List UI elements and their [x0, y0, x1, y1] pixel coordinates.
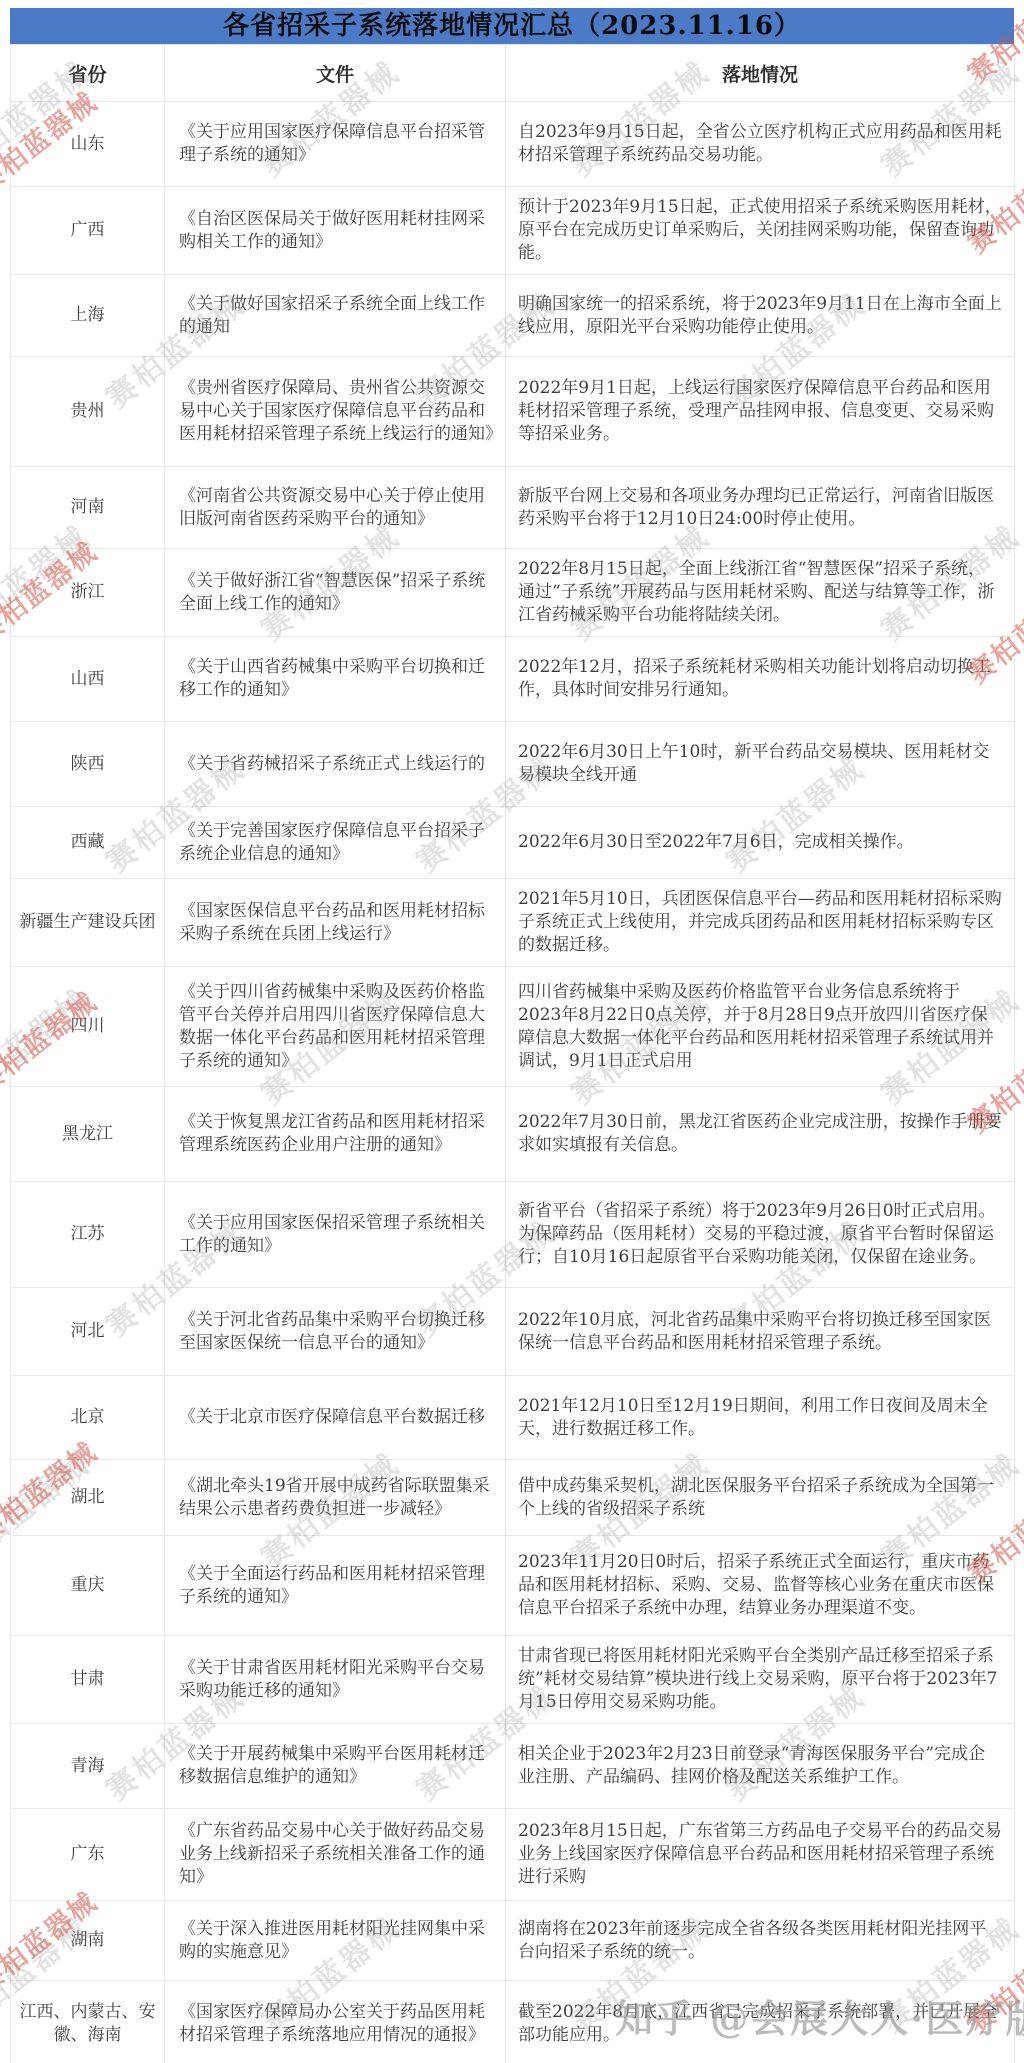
province-cell-text: 重庆 [13, 1574, 162, 1597]
province-cell-text: 广东 [13, 1843, 162, 1866]
status-cell: 2022年6月30日至2022年7月6日，完成相关操作。 [506, 807, 1015, 879]
status-cell-text: 2023年8月15日起，广东省第三方药品电子交易平台的药品交易业务上线国家医疗保… [518, 1820, 1002, 1889]
table-row: 江西、内蒙古、安徽、海南《国家医疗保障局办公室关于药品医用耗材招采管理子系统落地… [11, 1981, 1015, 2063]
document-cell-text: 《河南省公共资源交易中心关于停止使用旧版河南省医药采购平台的通知》 [179, 485, 497, 531]
document-cell-text: 《广东省药品交易中心关于做好药品交易业务上线新招采子系统相关准备工作的通知》 [179, 1820, 497, 1889]
province-cell-text: 广西 [13, 219, 162, 242]
table-row: 西藏《关于完善国家医疗保障信息平台招采子系统企业信息的通知》2022年6月30日… [11, 807, 1015, 879]
table-row: 广西《自治区医保局关于做好医用耗材挂网采购相关工作的通知》预计于2023年9月1… [11, 187, 1015, 275]
document-cell: 《关于河北省药品集中采购平台切换迁移至国家医保统一信息平台的通知》 [165, 1288, 506, 1376]
table-row: 陕西《关于省药械招采子系统正式上线运行的2022年6月30日上午10时，新平台药… [11, 722, 1015, 807]
province-cell-text: 湖北 [13, 1486, 162, 1509]
table-row: 山东《关于应用国家医疗保障信息平台招采管理子系统的通知》自2023年9月15日起… [11, 102, 1015, 187]
document-cell-text: 《湖北牵头19省开展中成药省际联盟集采结果公示患者药费负担进一步减轻》 [179, 1475, 497, 1521]
status-cell-text: 2022年8月15日起，全面上线浙江省“智慧医保”招采子系统，通过“子系统”开展… [518, 558, 1002, 627]
status-cell-text: 2022年10月底，河北省药品集中采购平台将切换迁移至国家医保统一信息平台药品和… [518, 1309, 1002, 1355]
document-cell-text: 《关于做好浙江省“智慧医保”招采子系统全面上线工作的通知》 [179, 570, 497, 616]
table-row: 甘肃《关于甘肃省医用耗材阳光采购平台交易采购功能迁移的通知》甘肃省现已将医用耗材… [11, 1636, 1015, 1724]
province-cell: 江苏 [11, 1182, 165, 1288]
status-cell-text: 2021年12月10日至12月19日期间，利用工作日夜间及周末全天，进行数据迁移… [518, 1395, 1002, 1441]
province-cell: 上海 [11, 275, 165, 357]
province-cell: 广东 [11, 1809, 165, 1901]
document-cell: 《国家医疗保障局办公室关于药品医用耗材招采管理子系统落地应用情况的通报》 [165, 1981, 506, 2063]
status-cell-text: 预计于2023年9月15日起，正式使用招采子系统采购医用耗材，原平台在完成历史订… [518, 196, 1002, 265]
province-cell-text: 江苏 [13, 1223, 162, 1246]
page-title: 各省招采子系统落地情况汇总（2023.11.16） [10, 8, 1014, 44]
table-row: 河南《河南省公共资源交易中心关于停止使用旧版河南省医药采购平台的通知》新版平台网… [11, 467, 1015, 549]
province-cell: 新疆生产建设兵团 [11, 879, 165, 967]
document-cell-text: 《关于完善国家医疗保障信息平台招采子系统企业信息的通知》 [179, 820, 497, 866]
province-cell-text: 山西 [13, 668, 162, 691]
status-cell: 相关企业于2023年2月23日前登录“青海医保服务平台”完成企业注册、产品编码、… [506, 1724, 1015, 1809]
province-cell-text: 河南 [13, 496, 162, 519]
document-cell-text: 《关于应用国家医疗保障信息平台招采管理子系统的通知》 [179, 121, 497, 167]
status-cell-text: 甘肃省现已将医用耗材阳光采购平台全类别产品迁移至招采子系统”耗材交易结算”模块进… [518, 1645, 1002, 1714]
status-cell: 2022年9月1日起，上线运行国家医疗保障信息平台药品和医用耗材招采管理子系统，… [506, 357, 1015, 467]
province-cell-text: 贵州 [13, 400, 162, 423]
status-cell: 明确国家统一的招采系统，将于2023年9月11日在上海市全面上线应用，原阳光平台… [506, 275, 1015, 357]
province-cell-text: 黑龙江 [13, 1123, 162, 1146]
province-cell: 山西 [11, 637, 165, 722]
province-cell: 湖北 [11, 1460, 165, 1536]
table-row: 贵州《贵州省医疗保障局、贵州省公共资源交易中心关于国家医疗保障信息平台药品和医用… [11, 357, 1015, 467]
document-cell-text: 《关于河北省药品集中采购平台切换迁移至国家医保统一信息平台的通知》 [179, 1309, 497, 1355]
document-cell: 《关于开展药械集中采购平台医用耗材迁移数据信息维护的通知》 [165, 1724, 506, 1809]
document-cell-text: 《关于山西省药械集中采购平台切换和迁移工作的通知》 [179, 656, 497, 702]
status-cell: 新版平台网上交易和各项业务办理均已正常运行，河南省旧版医药采购平台将于12月10… [506, 467, 1015, 549]
province-cell-text: 上海 [13, 304, 162, 327]
document-cell-text: 《自治区医保局关于做好医用耗材挂网采购相关工作的通知》 [179, 208, 497, 254]
document-cell: 《贵州省医疗保障局、贵州省公共资源交易中心关于国家医疗保障信息平台药品和医用耗材… [165, 357, 506, 467]
table-row: 河北《关于河北省药品集中采购平台切换迁移至国家医保统一信息平台的通知》2022年… [11, 1288, 1015, 1376]
province-cell: 河北 [11, 1288, 165, 1376]
status-cell-text: 2022年9月1日起，上线运行国家医疗保障信息平台药品和医用耗材招采管理子系统，… [518, 377, 1002, 446]
status-cell-text: 截至2022年8月底，江西省已完成招采子系统部署，并已开展全部功能应用。 [518, 2001, 1002, 2047]
status-cell-text: 明确国家统一的招采系统，将于2023年9月11日在上海市全面上线应用，原阳光平台… [518, 293, 1002, 339]
status-cell-text: 2022年7月30日前，黑龙江省医药企业完成注册，按操作手册要求如实填报有关信息… [518, 1111, 1002, 1157]
province-cell: 四川 [11, 967, 165, 1087]
document-cell-text: 《国家医保信息平台药品和医用耗材招标采购子系统在兵团上线运行》 [179, 900, 497, 946]
status-cell-text: 2023年11月20日0时后，招采子系统正式全面运行，重庆市药品和医用耗材招标、… [518, 1551, 1002, 1620]
province-cell-text: 陕西 [13, 753, 162, 776]
document-cell-text: 《关于全面运行药品和医用耗材招采管理子系统的通知》 [179, 1563, 497, 1609]
province-cell-text: 西藏 [13, 831, 162, 854]
header-row: 省份 文件 落地情况 [11, 45, 1015, 102]
table-row: 北京《关于北京市医疗保障信息平台数据迁移2021年12月10日至12月19日期间… [11, 1376, 1015, 1460]
page: 各省招采子系统落地情况汇总（2023.11.16） 省份 文件 落地情况 山东《… [0, 0, 1024, 2063]
document-cell: 《关于做好国家招采子系统全面上线工作的通知 [165, 275, 506, 357]
status-cell: 借中成药集采契机，湖北医保服务平台招采子系统成为全国第一个上线的省级招采子系统 [506, 1460, 1015, 1536]
table-row: 青海《关于开展药械集中采购平台医用耗材迁移数据信息维护的通知》相关企业于2023… [11, 1724, 1015, 1809]
document-cell-text: 《关于深入推进医用耗材阳光挂网集中采购的实施意见》 [179, 1918, 497, 1964]
status-cell-text: 新省平台（省招采子系统）将于2023年9月26日0时正式启用。为保障药品（医用耗… [518, 1200, 1002, 1269]
province-cell-text: 北京 [13, 1406, 162, 1429]
document-cell: 《关于应用国家医疗保障信息平台招采管理子系统的通知》 [165, 102, 506, 187]
document-cell-text: 《关于开展药械集中采购平台医用耗材迁移数据信息维护的通知》 [179, 1743, 497, 1789]
table-row: 新疆生产建设兵团《国家医保信息平台药品和医用耗材招标采购子系统在兵团上线运行》2… [11, 879, 1015, 967]
document-cell: 《关于省药械招采子系统正式上线运行的 [165, 722, 506, 807]
status-cell: 甘肃省现已将医用耗材阳光采购平台全类别产品迁移至招采子系统”耗材交易结算”模块进… [506, 1636, 1015, 1724]
table-row: 湖南《关于深入推进医用耗材阳光挂网集中采购的实施意见》湖南将在2023年前逐步完… [11, 1901, 1015, 1981]
document-cell: 《关于甘肃省医用耗材阳光采购平台交易采购功能迁移的通知》 [165, 1636, 506, 1724]
status-cell: 2023年8月15日起，广东省第三方药品电子交易平台的药品交易业务上线国家医疗保… [506, 1809, 1015, 1901]
status-cell: 2022年7月30日前，黑龙江省医药企业完成注册，按操作手册要求如实填报有关信息… [506, 1087, 1015, 1182]
status-cell: 自2023年9月15日起，全省公立医疗机构正式应用药品和医用耗材招采管理子系统药… [506, 102, 1015, 187]
status-cell: 2022年10月底，河北省药品集中采购平台将切换迁移至国家医保统一信息平台药品和… [506, 1288, 1015, 1376]
status-cell: 截至2022年8月底，江西省已完成招采子系统部署，并已开展全部功能应用。 [506, 1981, 1015, 2063]
document-cell-text: 《关于恢复黑龙江省药品和医用耗材招采管理系统医药企业用户注册的通知》 [179, 1111, 497, 1157]
province-cell-text: 四川 [13, 1015, 162, 1038]
status-cell-text: 湖南将在2023年前逐步完成全省各级各类医用耗材阳光挂网平台向招采子系统的统一。 [518, 1918, 1002, 1964]
document-cell-text: 《关于北京市医疗保障信息平台数据迁移 [179, 1406, 497, 1429]
table-row: 四川《关于四川省药械集中采购及医药价格监管平台关停并启用四川省医疗保障信息大数据… [11, 967, 1015, 1087]
status-cell-text: 相关企业于2023年2月23日前登录“青海医保服务平台”完成企业注册、产品编码、… [518, 1743, 1002, 1789]
province-cell: 重庆 [11, 1536, 165, 1636]
province-cell: 陕西 [11, 722, 165, 807]
status-cell-text: 2022年6月30日至2022年7月6日，完成相关操作。 [518, 831, 1002, 854]
document-cell: 《关于应用国家医保招采管理子系统相关工作的通知》 [165, 1182, 506, 1288]
status-cell: 2021年12月10日至12月19日期间，利用工作日夜间及周末全天，进行数据迁移… [506, 1376, 1015, 1460]
document-cell-text: 《贵州省医疗保障局、贵州省公共资源交易中心关于国家医疗保障信息平台药品和医用耗材… [179, 377, 497, 446]
document-cell-text: 《关于甘肃省医用耗材阳光采购平台交易采购功能迁移的通知》 [179, 1657, 497, 1703]
document-cell-text: 《关于省药械招采子系统正式上线运行的 [179, 753, 497, 776]
status-cell: 2021年5月10日，兵团医保信息平台—药品和医用耗材招标采购子系统正式上线使用… [506, 879, 1015, 967]
status-cell: 2022年8月15日起，全面上线浙江省“智慧医保”招采子系统，通过“子系统”开展… [506, 549, 1015, 637]
table-row: 江苏《关于应用国家医保招采管理子系统相关工作的通知》新省平台（省招采子系统）将于… [11, 1182, 1015, 1288]
document-cell-text: 《关于应用国家医保招采管理子系统相关工作的通知》 [179, 1212, 497, 1258]
table-row: 广东《广东省药品交易中心关于做好药品交易业务上线新招采子系统相关准备工作的通知》… [11, 1809, 1015, 1901]
province-cell: 黑龙江 [11, 1087, 165, 1182]
province-cell: 浙江 [11, 549, 165, 637]
province-cell-text: 河北 [13, 1320, 162, 1343]
province-cell-text: 甘肃 [13, 1668, 162, 1691]
document-cell: 《关于北京市医疗保障信息平台数据迁移 [165, 1376, 506, 1460]
document-cell-text: 《关于四川省药械集中采购及医药价格监管平台关停并启用四川省医疗保障信息大数据一体… [179, 981, 497, 1073]
document-cell: 《关于做好浙江省“智慧医保”招采子系统全面上线工作的通知》 [165, 549, 506, 637]
status-cell-text: 2021年5月10日，兵团医保信息平台—药品和医用耗材招标采购子系统正式上线使用… [518, 888, 1002, 957]
col-header-document: 文件 [165, 45, 506, 102]
status-cell-text: 借中成药集采契机，湖北医保服务平台招采子系统成为全国第一个上线的省级招采子系统 [518, 1475, 1002, 1521]
province-cell: 甘肃 [11, 1636, 165, 1724]
province-cell: 广西 [11, 187, 165, 275]
col-header-status: 落地情况 [506, 45, 1015, 102]
col-header-province: 省份 [11, 45, 165, 102]
status-cell: 2022年6月30日上午10时，新平台药品交易模块、医用耗材交易模块全线开通 [506, 722, 1015, 807]
province-cell-text: 青海 [13, 1755, 162, 1778]
status-cell: 2022年12月，招采子系统耗材采购相关功能计划将启动切换工作，具体时间安排另行… [506, 637, 1015, 722]
province-cell: 青海 [11, 1724, 165, 1809]
province-cell: 贵州 [11, 357, 165, 467]
status-cell-text: 2022年12月，招采子系统耗材采购相关功能计划将启动切换工作，具体时间安排另行… [518, 656, 1002, 702]
status-cell: 2023年11月20日0时后，招采子系统正式全面运行，重庆市药品和医用耗材招标、… [506, 1536, 1015, 1636]
province-cell-text: 浙江 [13, 581, 162, 604]
document-cell-text: 《关于做好国家招采子系统全面上线工作的通知 [179, 293, 497, 339]
status-cell-text: 四川省药械集中采购及医药价格监管平台业务信息系统将于2023年8月22日0点关停… [518, 981, 1002, 1073]
table-row: 山西《关于山西省药械集中采购平台切换和迁移工作的通知》2022年12月，招采子系… [11, 637, 1015, 722]
status-cell: 湖南将在2023年前逐步完成全省各级各类医用耗材阳光挂网平台向招采子系统的统一。 [506, 1901, 1015, 1981]
document-cell: 《河南省公共资源交易中心关于停止使用旧版河南省医药采购平台的通知》 [165, 467, 506, 549]
province-cell-text: 湖南 [13, 1929, 162, 1952]
document-cell: 《关于山西省药械集中采购平台切换和迁移工作的通知》 [165, 637, 506, 722]
province-cell: 湖南 [11, 1901, 165, 1981]
province-cell-text: 江西、内蒙古、安徽、海南 [13, 2001, 162, 2047]
province-cell: 北京 [11, 1376, 165, 1460]
document-cell: 《湖北牵头19省开展中成药省际联盟集采结果公示患者药费负担进一步减轻》 [165, 1460, 506, 1536]
status-cell: 新省平台（省招采子系统）将于2023年9月26日0时正式启用。为保障药品（医用耗… [506, 1182, 1015, 1288]
summary-table: 省份 文件 落地情况 山东《关于应用国家医疗保障信息平台招采管理子系统的通知》自… [10, 44, 1015, 2063]
province-cell: 山东 [11, 102, 165, 187]
province-cell: 江西、内蒙古、安徽、海南 [11, 1981, 165, 2063]
table-row: 重庆《关于全面运行药品和医用耗材招采管理子系统的通知》2023年11月20日0时… [11, 1536, 1015, 1636]
status-cell-text: 自2023年9月15日起，全省公立医疗机构正式应用药品和医用耗材招采管理子系统药… [518, 121, 1002, 167]
document-cell: 《关于恢复黑龙江省药品和医用耗材招采管理系统医药企业用户注册的通知》 [165, 1087, 506, 1182]
document-cell: 《关于全面运行药品和医用耗材招采管理子系统的通知》 [165, 1536, 506, 1636]
table-row: 湖北《湖北牵头19省开展中成药省际联盟集采结果公示患者药费负担进一步减轻》借中成… [11, 1460, 1015, 1536]
status-cell: 预计于2023年9月15日起，正式使用招采子系统采购医用耗材，原平台在完成历史订… [506, 187, 1015, 275]
status-cell-text: 2022年6月30日上午10时，新平台药品交易模块、医用耗材交易模块全线开通 [518, 741, 1002, 787]
document-cell: 《国家医保信息平台药品和医用耗材招标采购子系统在兵团上线运行》 [165, 879, 506, 967]
province-cell-text: 山东 [13, 133, 162, 156]
province-cell-text: 新疆生产建设兵团 [13, 911, 162, 934]
status-cell: 四川省药械集中采购及医药价格监管平台业务信息系统将于2023年8月22日0点关停… [506, 967, 1015, 1087]
province-cell: 西藏 [11, 807, 165, 879]
status-cell-text: 新版平台网上交易和各项业务办理均已正常运行，河南省旧版医药采购平台将于12月10… [518, 485, 1002, 531]
document-cell: 《自治区医保局关于做好医用耗材挂网采购相关工作的通知》 [165, 187, 506, 275]
table-row: 黑龙江《关于恢复黑龙江省药品和医用耗材招采管理系统医药企业用户注册的通知》202… [11, 1087, 1015, 1182]
document-cell: 《关于深入推进医用耗材阳光挂网集中采购的实施意见》 [165, 1901, 506, 1981]
document-cell-text: 《国家医疗保障局办公室关于药品医用耗材招采管理子系统落地应用情况的通报》 [179, 2001, 497, 2047]
document-cell: 《关于完善国家医疗保障信息平台招采子系统企业信息的通知》 [165, 807, 506, 879]
document-cell: 《关于四川省药械集中采购及医药价格监管平台关停并启用四川省医疗保障信息大数据一体… [165, 967, 506, 1087]
table-row: 上海《关于做好国家招采子系统全面上线工作的通知明确国家统一的招采系统，将于202… [11, 275, 1015, 357]
table-row: 浙江《关于做好浙江省“智慧医保”招采子系统全面上线工作的通知》2022年8月15… [11, 549, 1015, 637]
document-cell: 《广东省药品交易中心关于做好药品交易业务上线新招采子系统相关准备工作的通知》 [165, 1809, 506, 1901]
province-cell: 河南 [11, 467, 165, 549]
